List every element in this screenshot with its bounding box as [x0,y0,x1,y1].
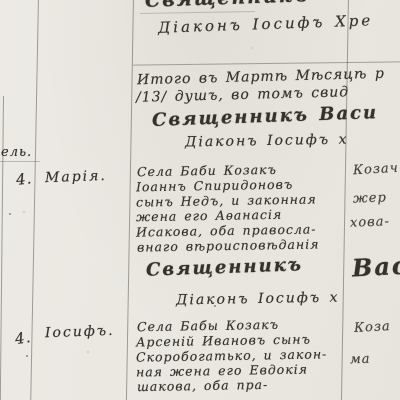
summary-priest-signature: Священникъ Васи [152,102,379,131]
column-line-witness [341,0,349,400]
ink-speck [26,355,28,357]
witness-column-fragment: Козач [353,161,400,178]
priest-attestation-name: Вас [351,251,400,283]
column-line-far-left [0,96,4,400]
clipped-priest-signature: Священникъ [145,0,310,12]
record-name: Іосифъ. [45,323,115,341]
parents-line: внаго вѣроисповѣданія [137,236,320,254]
column-line-name [126,0,134,400]
deacon-attestation: Діаконъ Іосифъ х [176,290,340,309]
margin-underline [0,161,40,162]
record-name: Марія. [45,168,107,186]
record-number: 4. [15,169,33,189]
record-number: 4. [14,328,33,348]
ink-speck [214,305,216,307]
witness-column-fragment: ма [350,352,371,368]
priest-attestation: Священникъ [146,254,304,280]
witness-column-fragment: Коза [354,319,391,336]
margin-month-fragment: ель. [1,145,32,160]
ink-speck [9,213,11,215]
scanned-register-page: Священникъ Діаконъ Іосифъ Хре Итого въ М… [0,0,400,400]
summary-deacon-signature: Діаконъ Іосифъ х [185,132,349,151]
parents-line: шакова, оба пра- [137,377,269,394]
witness-column-fragment: хова- [350,214,390,230]
deacon-header-line: Діаконъ Іосифъ Хре [158,11,374,37]
summary-top-rule [133,61,400,65]
witness-column-fragment: жер [353,190,387,206]
